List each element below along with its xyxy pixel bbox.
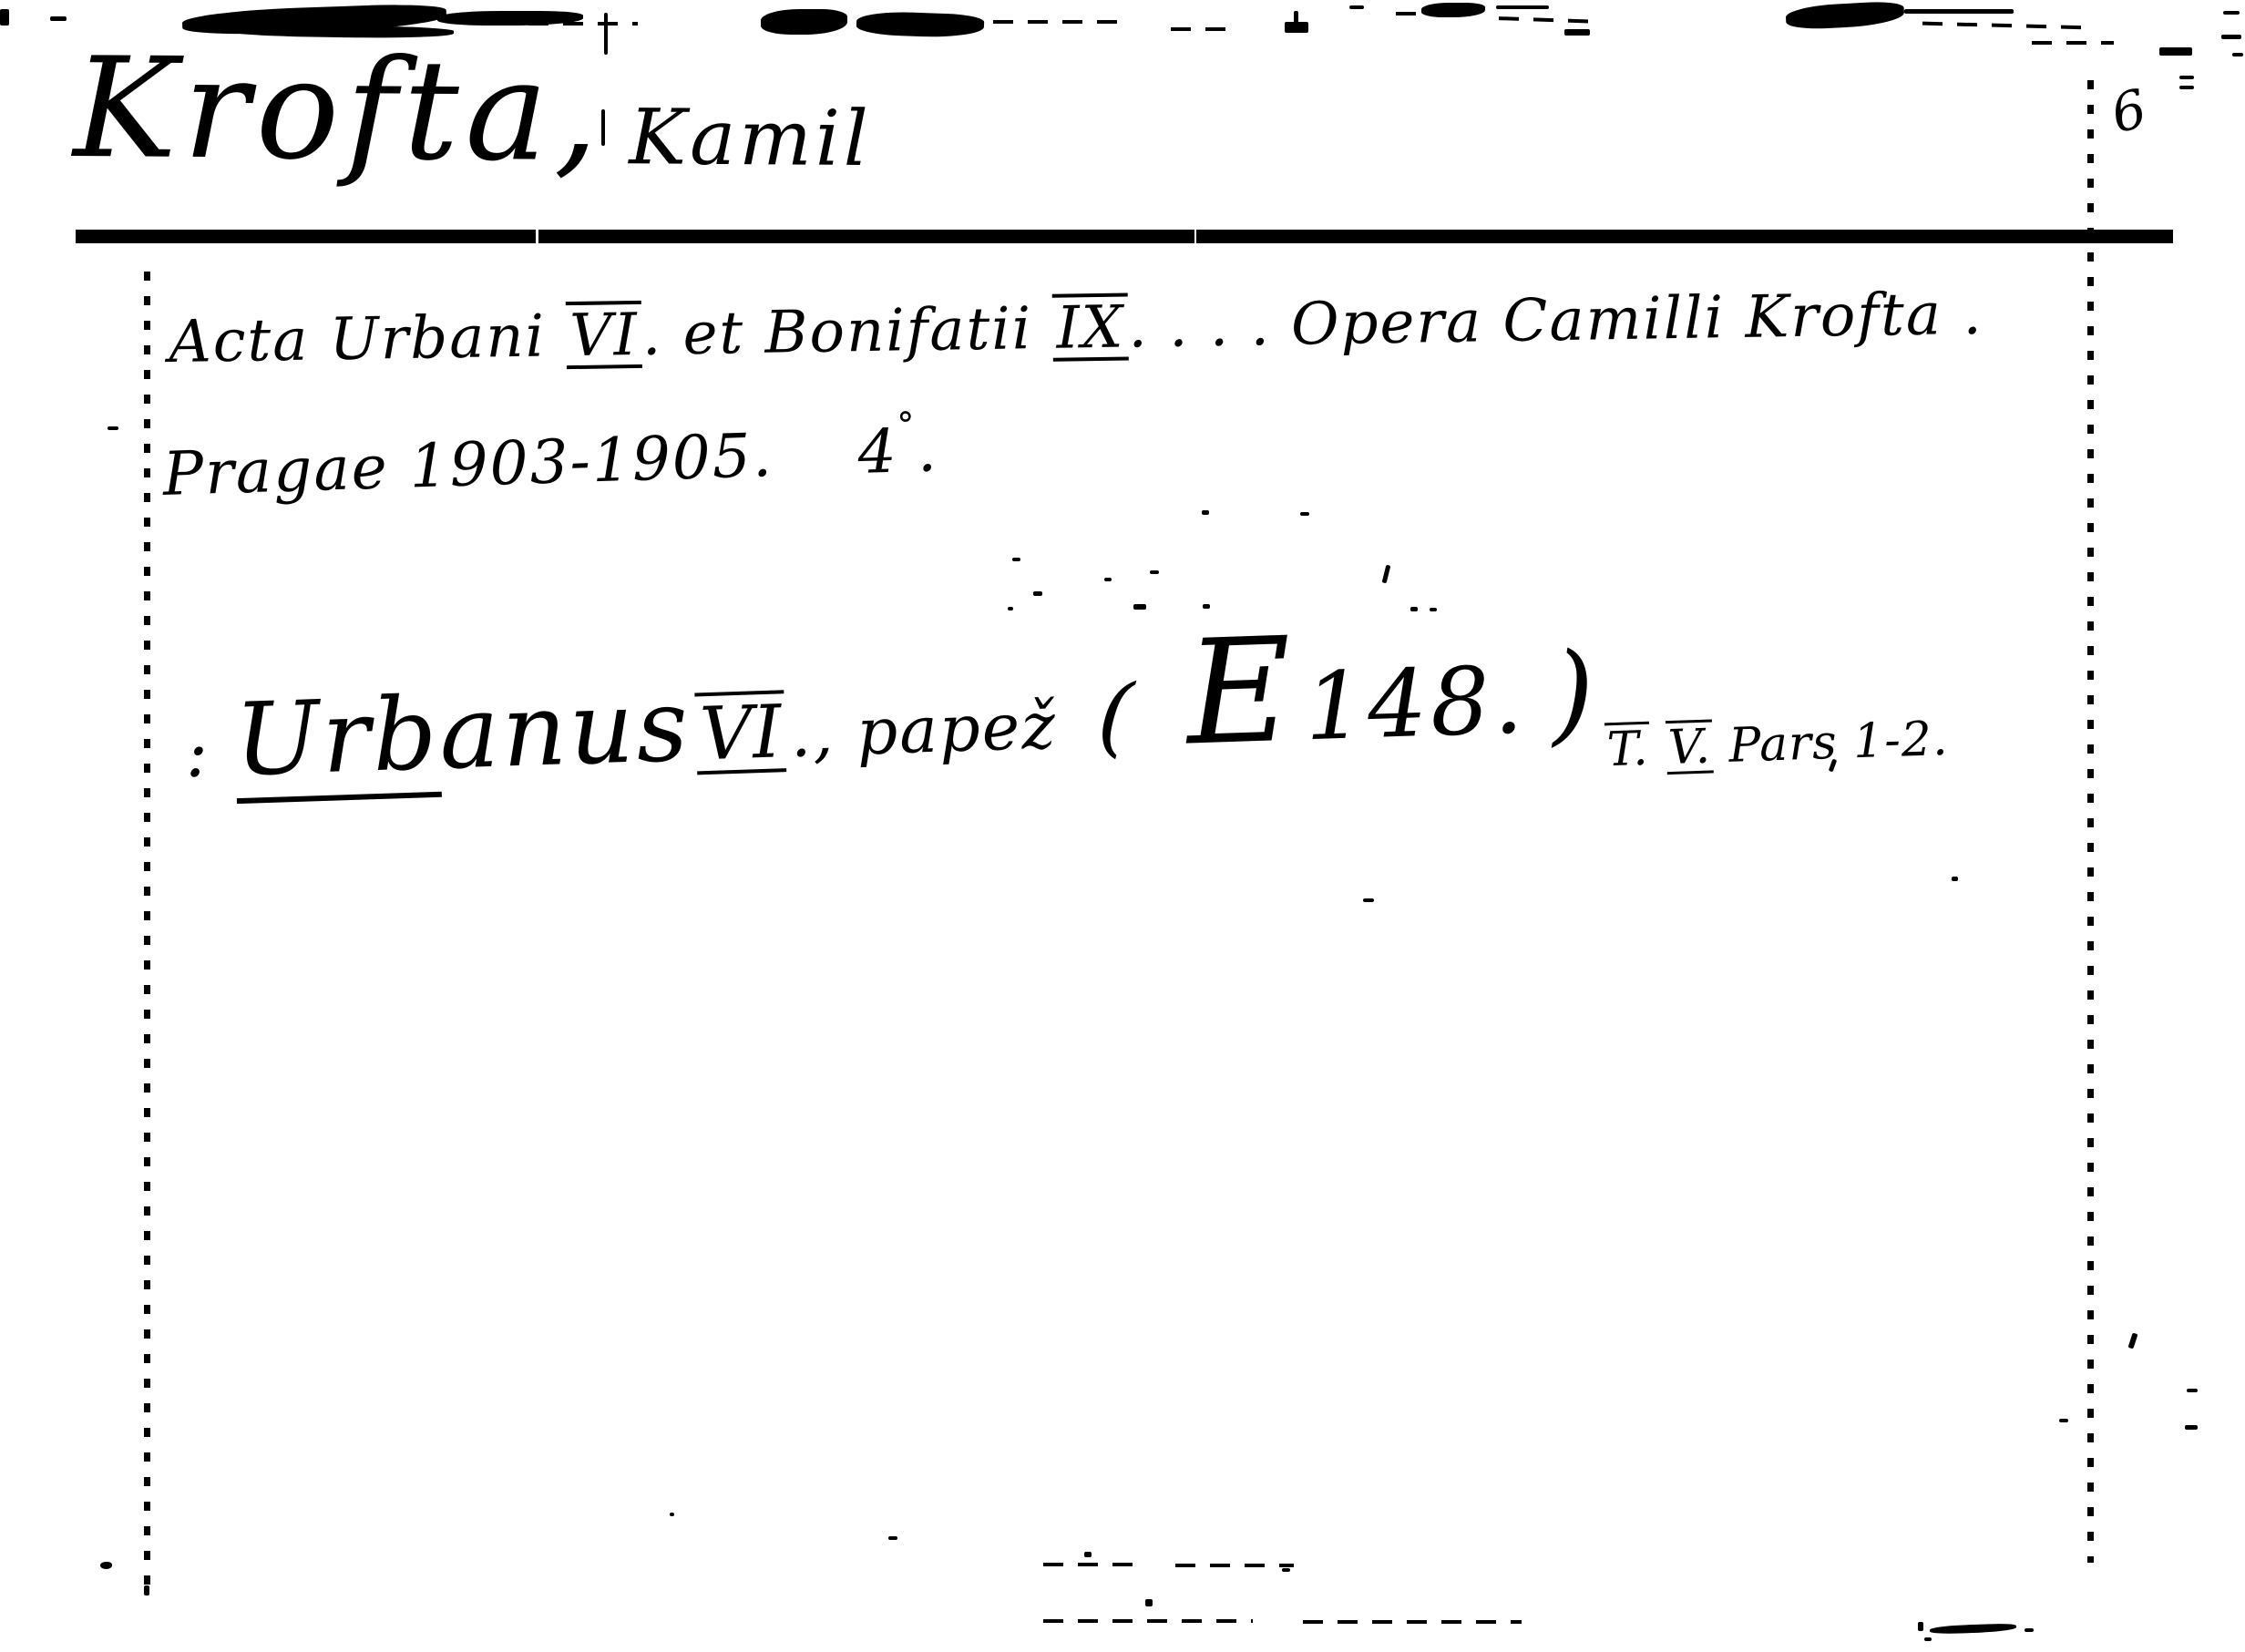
scan-speck	[888, 1536, 897, 1540]
scan-noise	[1922, 22, 2086, 30]
scan-speck	[2128, 1332, 2138, 1349]
scan-speck	[1150, 570, 1159, 574]
scan-noise	[1175, 1564, 1294, 1567]
entry-heading-rest: anus	[437, 667, 692, 792]
scan-speck	[2025, 1628, 2034, 1632]
scan-speck	[100, 1562, 112, 1569]
scan-noise	[2221, 35, 2241, 39]
scan-speck	[1012, 558, 1020, 561]
scan-speck	[1282, 1568, 1290, 1572]
scan-speck	[670, 1513, 674, 1516]
scan-noise	[1930, 1623, 2016, 1634]
scan-speck	[1924, 1637, 1932, 1641]
volume-note-volume: V.	[1666, 719, 1714, 775]
heading-author: Krofta,Kamil	[73, 27, 872, 194]
entry-heading-underlined-part: Urb	[233, 675, 442, 804]
title-text: . . . . Opera Camilli Krofta .	[1128, 281, 1984, 362]
scan-speck	[1133, 604, 1146, 610]
scan-speck	[1410, 607, 1418, 611]
imprint-format: 4	[856, 416, 898, 487]
volume-note-pars: Pars 1-2.	[1727, 712, 1949, 774]
entry-roman-numeral: VI	[695, 690, 786, 775]
scan-noise	[1303, 1620, 1522, 1624]
scan-speck	[1203, 604, 1210, 609]
page-number: 6	[2105, 77, 2152, 146]
scan-noise	[2223, 11, 2240, 15]
scan-noise	[50, 16, 67, 21]
imprint-place-dates: Pragae 1903-1905.	[162, 420, 774, 509]
title-text: Acta Urbani	[169, 303, 567, 376]
heading-rule	[76, 230, 2173, 243]
scan-noise	[2032, 41, 2114, 45]
scan-noise	[1171, 27, 1235, 31]
imprint-line: Pragae 1903-1905. 4°.	[161, 404, 939, 509]
scan-speck	[1300, 512, 1309, 516]
author-surname: Krofta	[73, 27, 555, 192]
scan-noise	[1043, 1563, 1143, 1566]
scan-speck	[1382, 565, 1391, 584]
scan-speck	[1084, 1552, 1092, 1557]
title-text: . et Bonifatii	[641, 295, 1053, 369]
scan-speck	[144, 1585, 149, 1596]
scan-speck	[1104, 578, 1112, 581]
scan-speck	[2185, 1425, 2198, 1430]
scan-noise	[2179, 76, 2194, 79]
title-line: Acta Urbani VI. et Bonifatii IX. . . . O…	[169, 280, 1984, 376]
volume-note-tomus: T.	[1604, 722, 1651, 775]
scan-noise	[1349, 5, 1364, 9]
scan-speck	[1145, 1599, 1153, 1606]
author-given-name: Kamil	[629, 92, 872, 183]
scan-speck	[1202, 510, 1209, 515]
catalog-card: Krofta,Kamil 6 Acta Urbani VI. et Bonifa…	[0, 0, 2245, 1652]
shelfmark-close-paren: )	[1550, 630, 1596, 757]
scan-noise	[1421, 3, 1485, 17]
entry-line: : Urbanus VI ., papež ( E 148. ) T. V. P…	[182, 618, 1948, 803]
scan-speck	[1918, 1622, 1923, 1631]
entry-heading-word: Urbanus	[233, 667, 692, 799]
scan-speck	[1430, 608, 1437, 611]
scan-speck	[1952, 877, 1958, 881]
scan-noise	[993, 20, 1121, 24]
scan-speck	[1363, 898, 1374, 902]
scan-noise	[2179, 86, 2194, 89]
imprint-end-period: .	[916, 415, 938, 486]
shelfmark-number: 148.	[1303, 646, 1528, 762]
scan-noise	[761, 9, 847, 35]
scan-noise	[856, 11, 985, 39]
roman-numeral-ix: IX	[1052, 292, 1129, 361]
scan-noise	[1043, 1619, 1253, 1623]
scan-speck	[2059, 1419, 2068, 1422]
right-margin-dotted-line	[2087, 80, 2094, 1563]
imprint-format-superscript: °	[897, 405, 917, 446]
shelfmark-open-paren: (	[1095, 663, 1136, 767]
scan-noise	[1499, 16, 1599, 24]
shelfmark-letter: E	[1184, 641, 1293, 744]
volume-note: T. V. Pars 1-2.	[1604, 712, 1949, 777]
scan-speck	[2187, 1389, 2198, 1392]
scan-speck	[1033, 591, 1042, 596]
entry-epithet: ., papež	[789, 688, 1058, 772]
scan-noise	[2232, 53, 2243, 56]
roman-numeral-vi: VI	[566, 301, 643, 369]
scan-noise	[1294, 11, 1298, 24]
scan-noise	[2159, 47, 2192, 56]
scan-speck	[108, 426, 118, 430]
entry-colon: :	[184, 713, 210, 793]
scan-noise	[0, 9, 9, 26]
scan-speck	[1008, 607, 1013, 611]
heading-comma: ,	[554, 31, 600, 192]
scan-noise	[1785, 1, 1904, 31]
scan-noise	[1564, 29, 1590, 36]
scan-noise	[1496, 5, 1549, 9]
left-margin-dotted-line	[144, 272, 150, 1591]
scan-noise	[1904, 9, 2014, 14]
scan-noise	[528, 22, 638, 26]
